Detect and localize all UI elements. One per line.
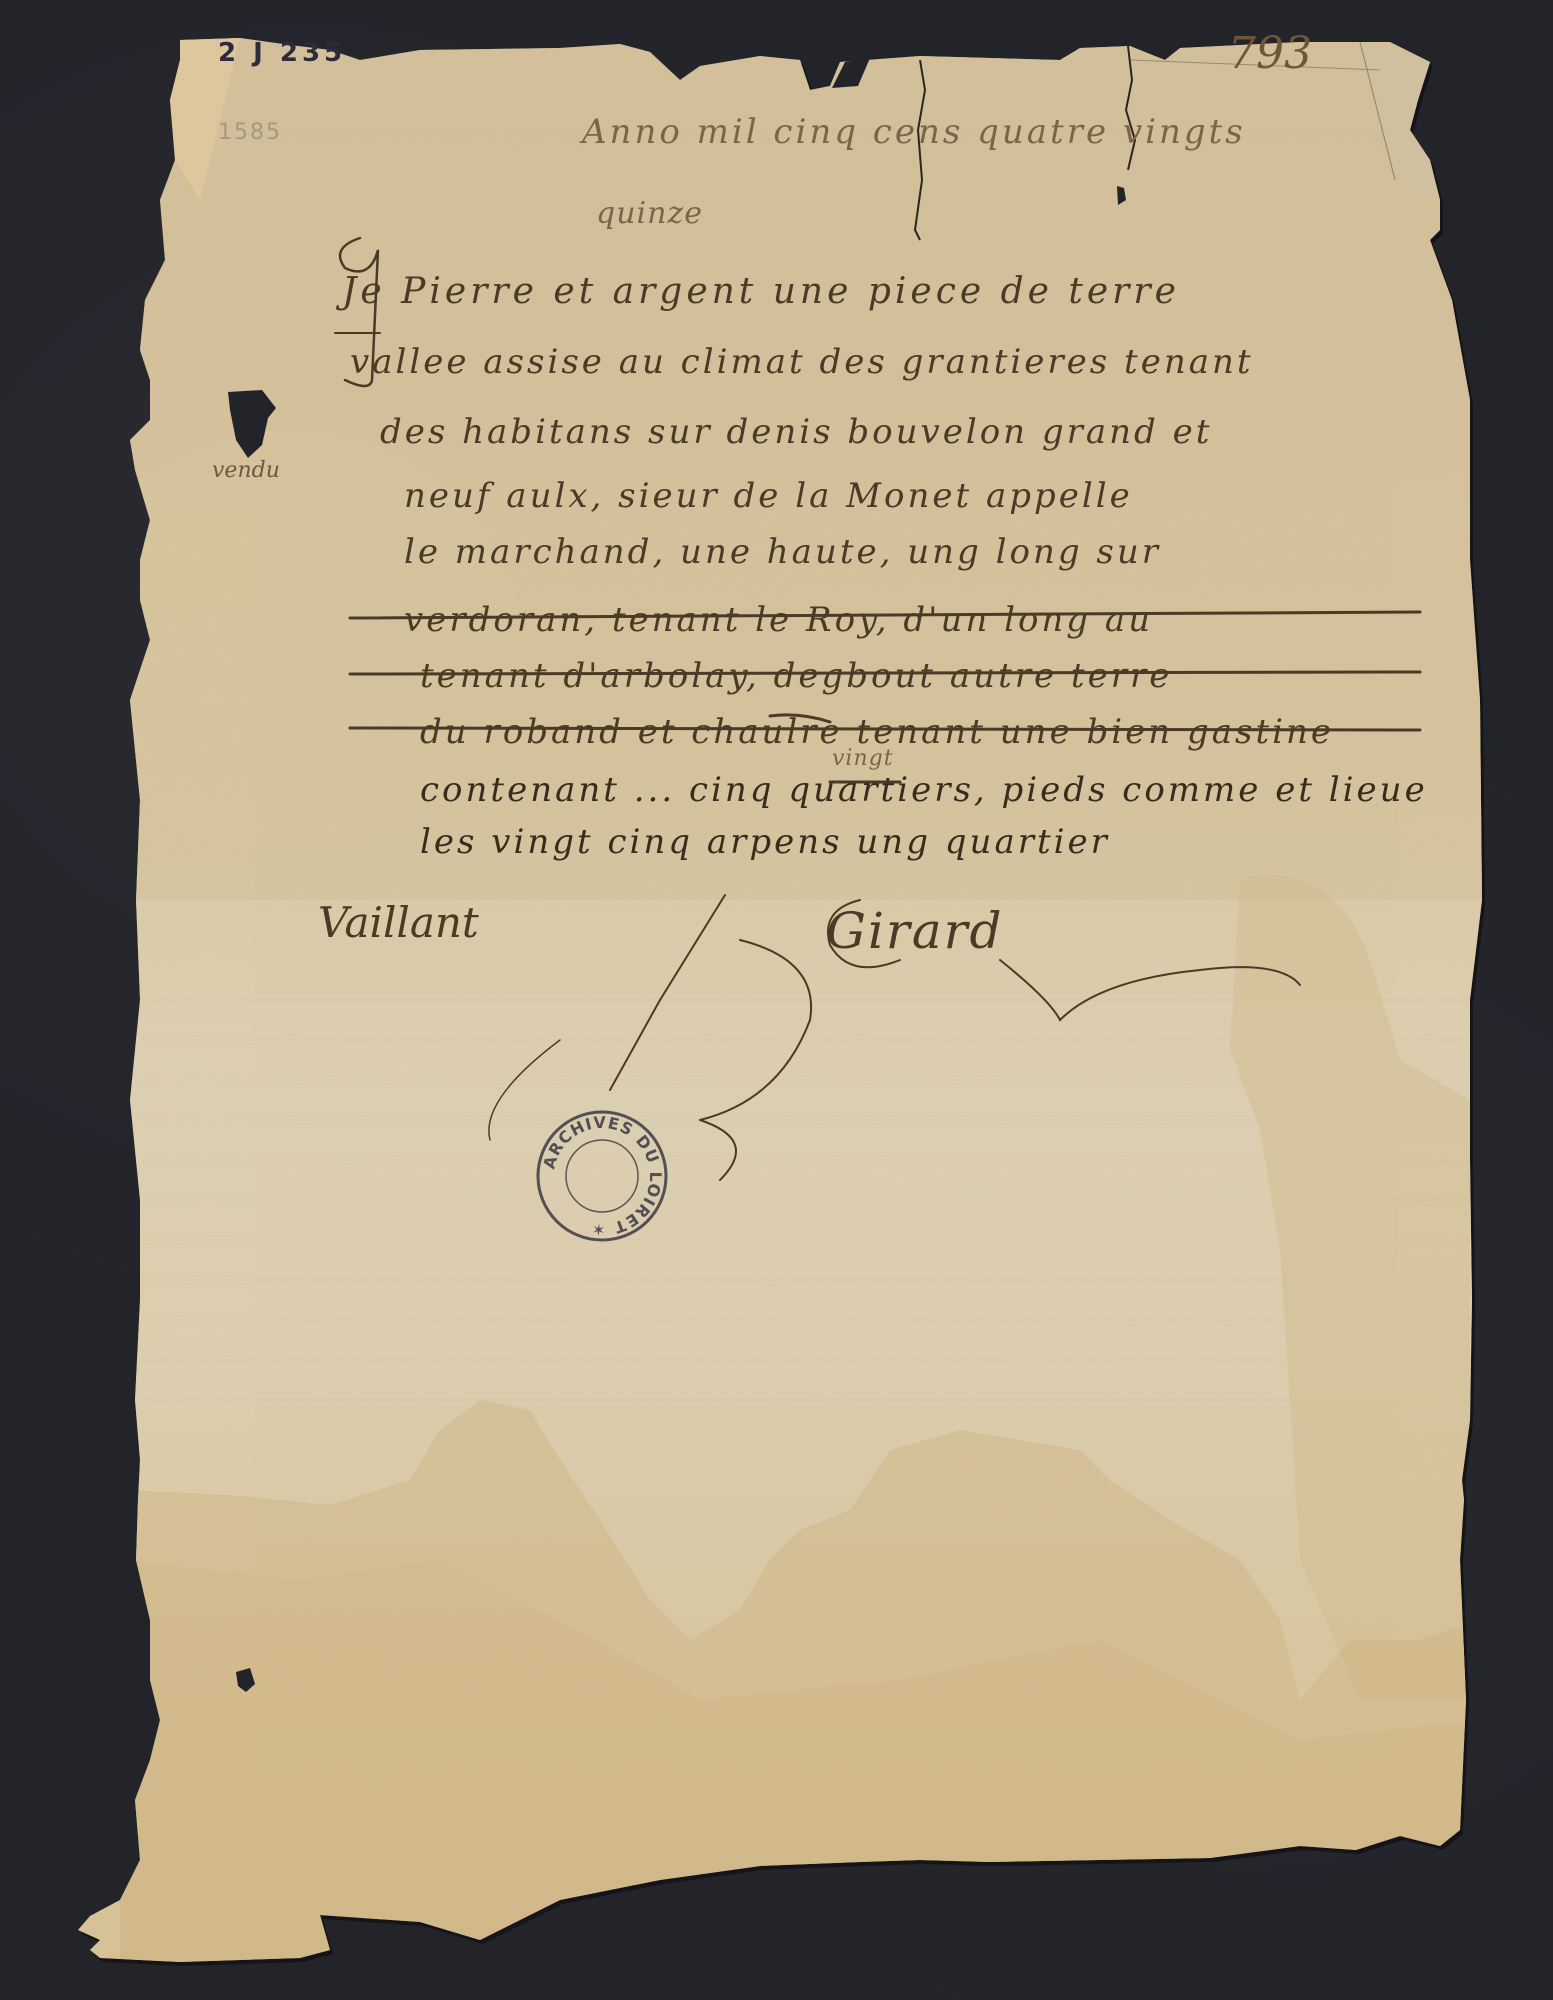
signature-girard: Girard (826, 902, 1004, 960)
manuscript-text-layer: 2 J 235 1585 793 Anno mil cinq cens quat… (0, 0, 1553, 2000)
archives-du-loiret-stamp: ARCHIVES DU LOIRET ✶ ARCHIVES DU LOIRET (534, 1108, 670, 1244)
signature-vaillant: Vaillant (318, 898, 479, 947)
strike-marks (0, 0, 1553, 2000)
